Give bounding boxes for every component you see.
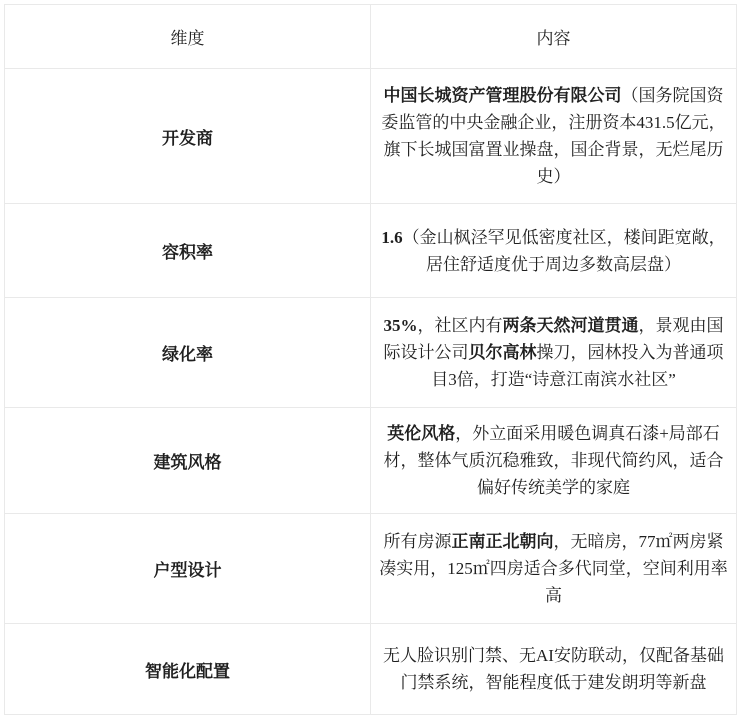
content-text: （金山枫泾罕见低密度社区，楼间距宽敞，居住舒适度优于周边多数高层盘） xyxy=(403,228,726,274)
row-floorplan-design: 户型设计 所有房源正南正北朝向，无暗房，77㎡两房紧凑实用，125㎡四房适合多代… xyxy=(5,514,737,624)
content-text: ，社区内有 xyxy=(418,316,503,335)
dimension-label: 开发商 xyxy=(5,69,371,204)
row-plot-ratio: 容积率 1.6（金山枫泾罕见低密度社区，楼间距宽敞，居住舒适度优于周边多数高层盘… xyxy=(5,204,737,298)
content-text-bold: 正南正北朝向 xyxy=(452,532,554,551)
dimension-label: 智能化配置 xyxy=(5,624,371,715)
dimension-label: 建筑风格 xyxy=(5,408,371,514)
content-cell: 英伦风格，外立面采用暖色调真石漆+局部石材，整体气质沉稳雅致，非现代简约风，适合… xyxy=(371,408,737,514)
table-body: 开发商 中国长城资产管理股份有限公司（国务院国资委监管的中央金融企业，注册资本4… xyxy=(5,69,737,715)
comparison-table: 维度 内容 开发商 中国长城资产管理股份有限公司（国务院国资委监管的中央金融企业… xyxy=(4,4,737,715)
dimension-label: 户型设计 xyxy=(5,514,371,624)
header-row: 维度 内容 xyxy=(5,5,737,69)
content-text: 所有房源 xyxy=(384,532,452,551)
content-cell: 1.6（金山枫泾罕见低密度社区，楼间距宽敞，居住舒适度优于周边多数高层盘） xyxy=(371,204,737,298)
content-text-bold: 贝尔高林 xyxy=(469,343,537,362)
row-developer: 开发商 中国长城资产管理股份有限公司（国务院国资委监管的中央金融企业，注册资本4… xyxy=(5,69,737,204)
content-text: 无人脸识别门禁、无AI安防联动，仅配备基础门禁系统，智能程度低于建发朗玥等新盘 xyxy=(383,646,724,692)
dimension-label: 容积率 xyxy=(5,204,371,298)
dimension-label: 绿化率 xyxy=(5,298,371,408)
content-text-bold: 英伦风格 xyxy=(387,424,455,443)
content-text-bold: 中国长城资产管理股份有限公司 xyxy=(384,86,622,105)
content-text-bold: 35% xyxy=(384,316,418,335)
row-smart-config: 智能化配置 无人脸识别门禁、无AI安防联动，仅配备基础门禁系统，智能程度低于建发… xyxy=(5,624,737,715)
header-cell-dimension: 维度 xyxy=(5,5,371,69)
row-greening-rate: 绿化率 35%，社区内有两条天然河道贯通，景观由国际设计公司贝尔高林操刀，园林投… xyxy=(5,298,737,408)
content-cell: 无人脸识别门禁、无AI安防联动，仅配备基础门禁系统，智能程度低于建发朗玥等新盘 xyxy=(371,624,737,715)
content-text-bold: 两条天然河道贯通 xyxy=(503,316,639,335)
header-cell-content: 内容 xyxy=(371,5,737,69)
content-cell: 所有房源正南正北朝向，无暗房，77㎡两房紧凑实用，125㎡四房适合多代同堂，空间… xyxy=(371,514,737,624)
row-architecture-style: 建筑风格 英伦风格，外立面采用暖色调真石漆+局部石材，整体气质沉稳雅致，非现代简… xyxy=(5,408,737,514)
content-cell: 中国长城资产管理股份有限公司（国务院国资委监管的中央金融企业，注册资本431.5… xyxy=(371,69,737,204)
content-cell: 35%，社区内有两条天然河道贯通，景观由国际设计公司贝尔高林操刀，园林投入为普通… xyxy=(371,298,737,408)
content-text-bold: 1.6 xyxy=(381,228,402,247)
table-header: 维度 内容 xyxy=(5,5,737,69)
